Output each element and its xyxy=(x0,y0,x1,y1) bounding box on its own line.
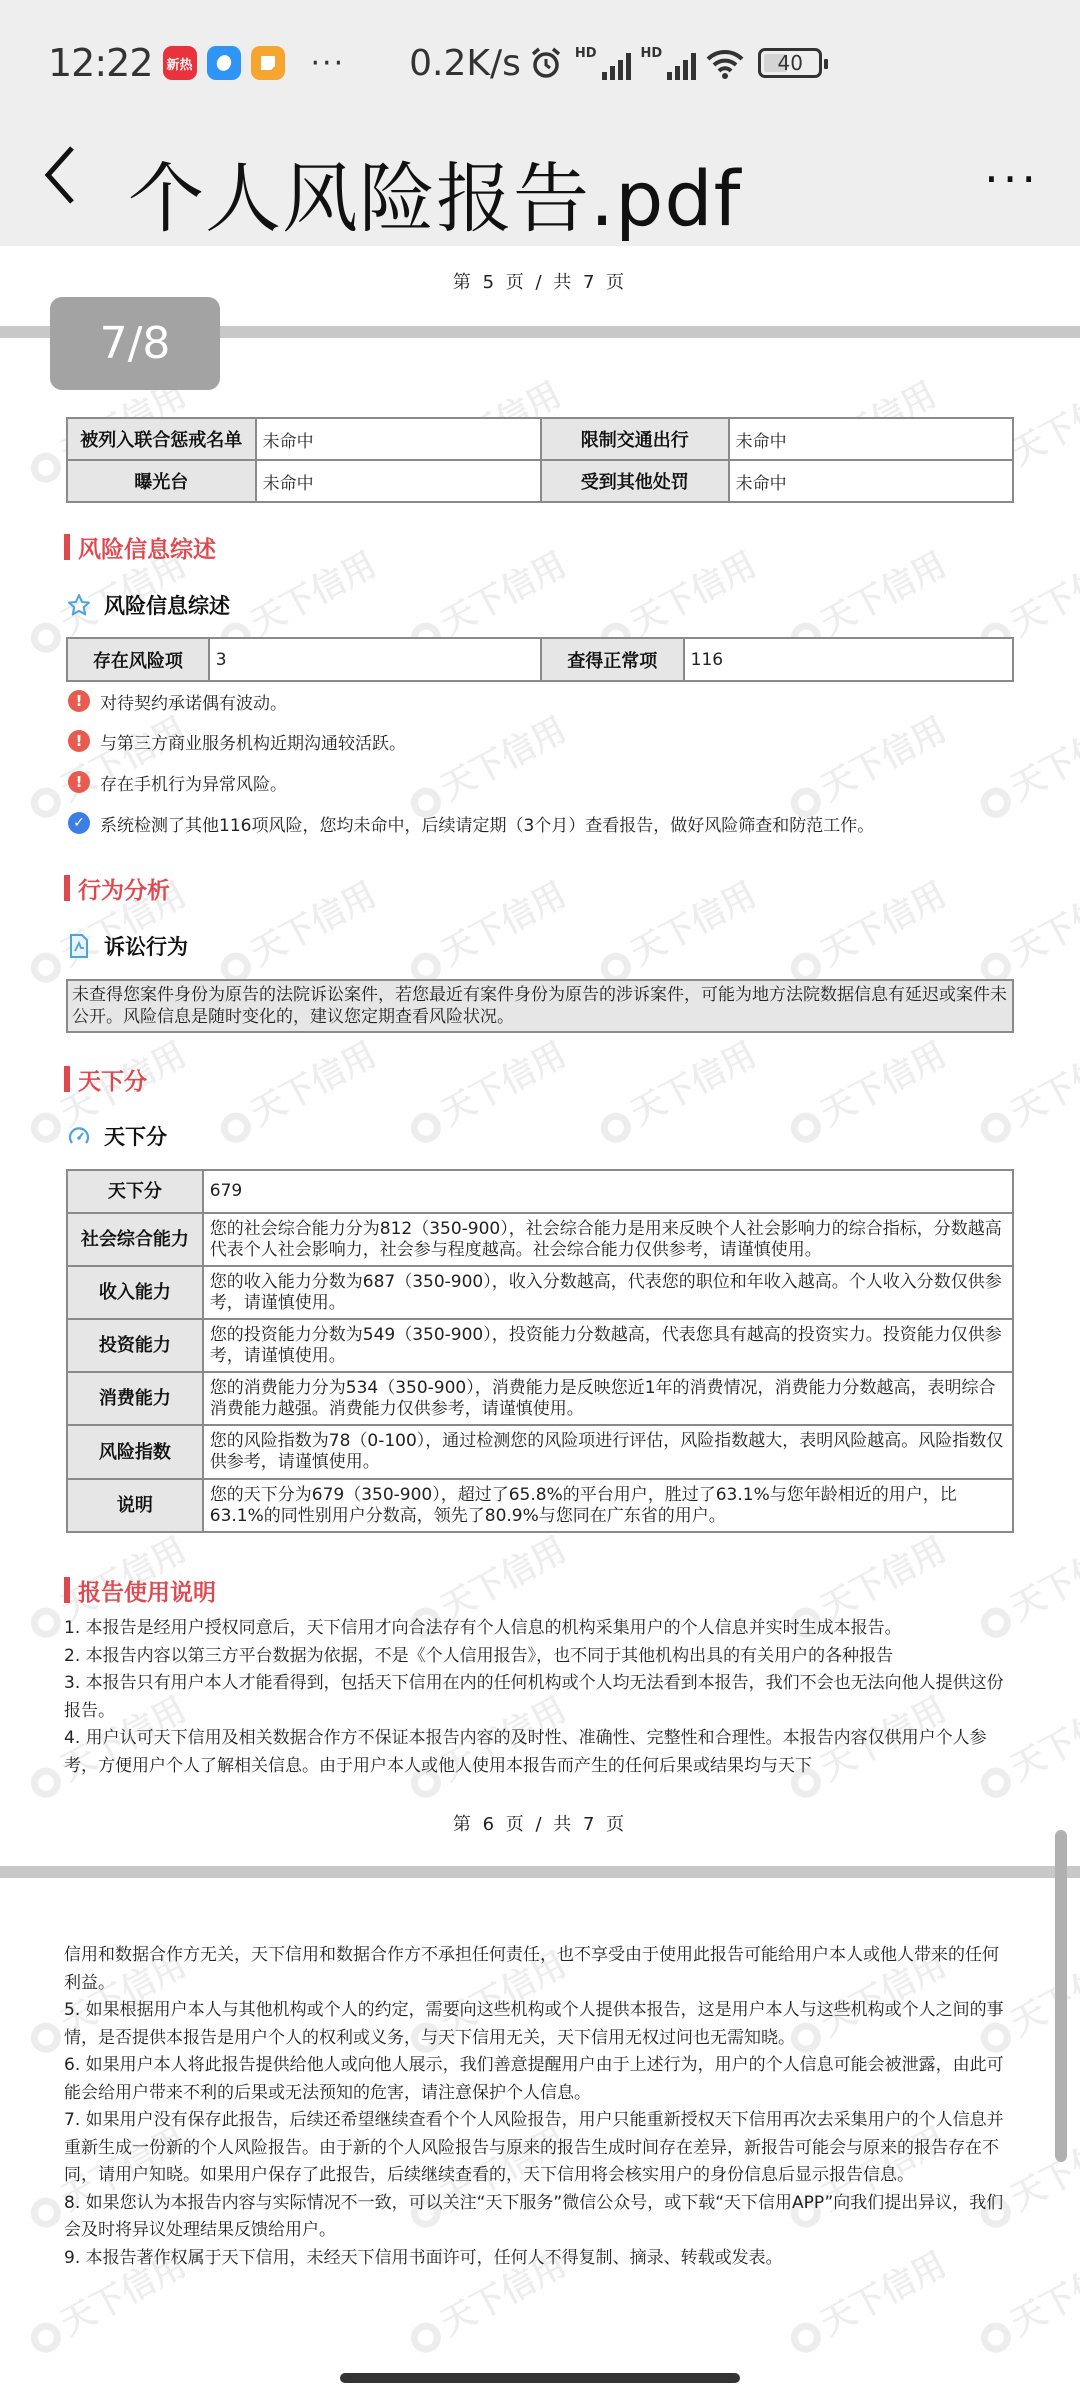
wifi-icon xyxy=(706,46,744,80)
table-row: 风险指数 您的风险指数为78（0-100），通过检测您的风险项进行评估，风险指数… xyxy=(67,1425,1013,1479)
risk-item: ! 对待契约承诺偶有波动。 xyxy=(68,688,287,714)
table-value: 未命中 xyxy=(256,418,541,460)
usage-item: 信用和数据合作方无关，天下信用和数据合作方不承担任何责任，也不享受由于使用此报告… xyxy=(64,1942,1014,1997)
subsection-title-litigation: 诉讼行为 xyxy=(66,931,188,961)
risk-item: ! 存在手机行为异常风险。 xyxy=(68,769,287,795)
gauge-icon xyxy=(66,1123,92,1149)
section-title-behavior: 行为分析 xyxy=(64,873,170,903)
title-bar: 个人风险报告.pdf ··· xyxy=(0,120,1080,230)
home-indicator[interactable] xyxy=(340,2373,740,2383)
section-title-risk-summary: 风险信息综述 xyxy=(64,532,216,562)
section-marker xyxy=(64,534,70,560)
usage-item: 8. 如果您认为本报告内容与实际情况不一致，可以关注“天下服务”微信公众号，或下… xyxy=(64,2190,1014,2245)
score-value: 您的投资能力分数为549（350-900），投资能力分数越高，代表您具有越高的投… xyxy=(203,1319,1013,1372)
score-value: 679 xyxy=(203,1170,1013,1213)
usage-item: 2. 本报告内容以第三方平台数据为依据，不是《个人信用报告》，也不同于其他机构出… xyxy=(64,1643,1014,1671)
score-label: 说明 xyxy=(67,1479,203,1532)
subsection-title-risk-summary: 风险信息综述 xyxy=(66,590,230,620)
score-label: 天下分 xyxy=(67,1170,203,1213)
risk-item: ! 与第三方商业服务机构近期沟通较活跃。 xyxy=(68,728,406,754)
usage-item: 9. 本报告著作权属于天下信用，未经天下信用书面许可，任何人不得复制、摘录、转载… xyxy=(64,2245,1014,2273)
top-bar: 12:22 新热 ··· 0.2K/s HD HD 40 xyxy=(0,0,1080,246)
score-value: 您的社会综合能力分为812（350-900），社会综合能力是用来反映个人社会影响… xyxy=(203,1213,1013,1266)
news-app-icon: 新热 xyxy=(163,46,197,80)
score-label: 社会综合能力 xyxy=(67,1213,203,1266)
star-icon xyxy=(66,592,92,618)
table-label: 被列入联合惩戒名单 xyxy=(67,418,256,460)
back-button[interactable] xyxy=(40,142,100,208)
usage-item: 4. 用户认可天下信用及相关数据合作方不保证本报告内容的及时性、准确性、完整性和… xyxy=(64,1725,1014,1780)
vertical-scrollbar[interactable] xyxy=(1055,1830,1067,2162)
section-marker xyxy=(64,1577,70,1603)
usage-item: 1. 本报告是经用户授权同意后，天下信用才向合法存有个人信息的机构采集用户的个人… xyxy=(64,1615,1014,1643)
document-title: 个人风险报告.pdf xyxy=(128,138,741,247)
network-speed: 0.2K/s xyxy=(409,43,521,84)
section-marker xyxy=(64,875,70,901)
table-row: 说明 您的天下分为679（350-900），超过了65.8%的平台用户，胜过了6… xyxy=(67,1479,1013,1532)
chat-app-icon xyxy=(207,46,241,80)
section-title-usage: 报告使用说明 xyxy=(64,1575,216,1605)
status-bar: 12:22 新热 ··· 0.2K/s HD HD 40 xyxy=(48,38,1048,88)
battery-level: 40 xyxy=(777,51,802,75)
risk-items-label: 存在风险项 xyxy=(67,638,209,681)
score-value: 您的风险指数为78（0-100），通过检测您的风险项进行评估，风险指数越大，表明… xyxy=(203,1425,1013,1479)
usage-item: 3. 本报告只有用户本人才能看得到，包括天下信用在内的任何机构或个人均无法看到本… xyxy=(64,1670,1014,1725)
blacklist-table: 被列入联合惩戒名单 未命中 限制交通出行 未命中 曝光台 未命中 受到其他处罚 … xyxy=(66,417,1014,503)
table-row: 投资能力 您的投资能力分数为549（350-900），投资能力分数越高，代表您具… xyxy=(67,1319,1013,1372)
risk-count-table: 存在风险项 3 查得正常项 116 xyxy=(66,637,1014,682)
table-label: 限制交通出行 xyxy=(541,418,729,460)
table-row: 收入能力 您的收入能力分数为687（350-900），收入分数越高，代表您的职位… xyxy=(67,1266,1013,1319)
section-title-score: 天下分 xyxy=(64,1064,147,1094)
section-marker xyxy=(64,1066,70,1092)
score-label: 投资能力 xyxy=(67,1319,203,1372)
score-label: 消费能力 xyxy=(67,1372,203,1425)
table-label: 曝光台 xyxy=(67,460,256,502)
warning-icon: ! xyxy=(68,771,90,793)
litigation-note: 未查得您案件身份为原告的法院诉讼案件，若您最近有案件身份为原告的涉诉案件，可能为… xyxy=(66,979,1014,1033)
warning-icon: ! xyxy=(68,730,90,752)
table-row: 消费能力 您的消费能力分为534（350-900），消费能力是反映您近1年的消费… xyxy=(67,1372,1013,1425)
table-row: 社会综合能力 您的社会综合能力分为812（350-900），社会综合能力是用来反… xyxy=(67,1213,1013,1266)
table-row: 曝光台 未命中 受到其他处罚 未命中 xyxy=(67,460,1013,502)
table-value: 未命中 xyxy=(729,460,1013,502)
page-separator xyxy=(0,1866,1080,1878)
score-table: 天下分 679 社会综合能力 您的社会综合能力分为812（350-900），社会… xyxy=(66,1169,1014,1533)
table-row: 存在风险项 3 查得正常项 116 xyxy=(67,638,1013,681)
normal-items-label: 查得正常项 xyxy=(541,638,684,681)
subsection-title-score: 天下分 xyxy=(66,1121,167,1151)
page-indicator-badge: 7/8 xyxy=(50,297,220,390)
signal-icon-2: HD xyxy=(641,46,697,80)
page-footer-6: 第 6 页 / 共 7 页 xyxy=(0,1810,1080,1836)
document-icon xyxy=(66,933,92,959)
score-value: 您的收入能力分数为687（350-900），收入分数越高，代表您的职位和年收入越… xyxy=(203,1266,1013,1319)
chevron-left-icon xyxy=(40,142,80,208)
usage-item: 5. 如果根据用户本人与其他机构或个人的约定，需要向这些机构或个人提供本报告，这… xyxy=(64,1997,1014,2052)
page-footer-5: 第 5 页 / 共 7 页 xyxy=(0,268,1080,294)
table-value: 未命中 xyxy=(256,460,541,502)
more-options-button[interactable]: ··· xyxy=(984,152,1040,206)
score-label: 收入能力 xyxy=(67,1266,203,1319)
usage-item: 7. 如果用户没有保存此报告，后续还希望继续查看个个人风险报告，用户只能重新授权… xyxy=(64,2107,1014,2190)
signal-icon-1: HD xyxy=(575,46,631,80)
alarm-icon xyxy=(529,46,563,80)
battery-icon: 40 xyxy=(758,48,822,78)
warning-icon: ! xyxy=(68,690,90,712)
risk-items-value: 3 xyxy=(209,638,541,681)
table-row: 天下分 679 xyxy=(67,1170,1013,1213)
risk-item-ok: ✓ 系统检测了其他116项风险，您均未命中，后续请定期（3个月）查看报告，做好风… xyxy=(68,810,874,836)
notes-app-icon xyxy=(251,46,285,80)
more-notifications-icon: ··· xyxy=(311,46,346,81)
check-icon: ✓ xyxy=(68,812,90,834)
status-time: 12:22 xyxy=(48,41,153,85)
usage-list-page5: 1. 本报告是经用户授权同意后，天下信用才向合法存有个人信息的机构采集用户的个人… xyxy=(64,1615,1014,1780)
normal-items-value: 116 xyxy=(684,638,1013,681)
usage-list-page6: 信用和数据合作方无关，天下信用和数据合作方不承担任何责任，也不享受由于使用此报告… xyxy=(64,1942,1014,2272)
score-label: 风险指数 xyxy=(67,1425,203,1479)
table-value: 未命中 xyxy=(729,418,1013,460)
usage-item: 6. 如果用户本人将此报告提供给他人或向他人展示，我们善意提醒用户由于上述行为，… xyxy=(64,2052,1014,2107)
score-value: 您的天下分为679（350-900），超过了65.8%的平台用户，胜过了63.1… xyxy=(203,1479,1013,1532)
score-value: 您的消费能力分为534（350-900），消费能力是反映您近1年的消费情况，消费… xyxy=(203,1372,1013,1425)
table-label: 受到其他处罚 xyxy=(541,460,729,502)
table-row: 被列入联合惩戒名单 未命中 限制交通出行 未命中 xyxy=(67,418,1013,460)
